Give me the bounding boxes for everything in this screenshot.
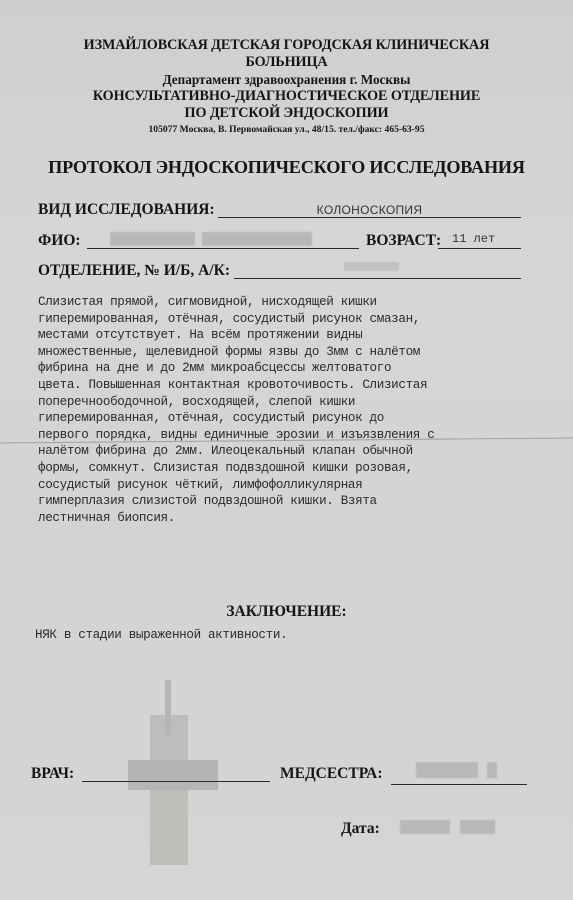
study-type-underline xyxy=(218,217,521,218)
name-label: ФИО: xyxy=(38,232,81,250)
age-value: 11 лет xyxy=(452,232,495,246)
conclusion-text: НЯК в стадии выраженной активности. xyxy=(35,628,287,642)
findings-line: Слизистая прямой, сигмовидной, нисходяще… xyxy=(38,294,538,311)
name-redacted xyxy=(110,232,195,246)
nurse-label: МЕДСЕСТРА: xyxy=(280,765,383,783)
age-underline xyxy=(438,248,521,249)
name-redacted xyxy=(202,232,312,246)
findings-line: лестничная биопсия. xyxy=(38,510,538,527)
doctor-label: ВРАЧ: xyxy=(31,765,74,783)
findings-line: гиперемированная, отёчная, сосудистый ри… xyxy=(38,311,538,328)
name-underline xyxy=(87,248,359,249)
date-redacted xyxy=(400,820,450,834)
conclusion-heading: ЗАКЛЮЧЕНИЕ: xyxy=(0,603,573,621)
document-page: ИЗМАЙЛОВСКАЯ ДЕТСКАЯ ГОРОДСКАЯ КЛИНИЧЕСК… xyxy=(0,0,573,900)
findings-line: налётом фибрина до 2мм. Илеоцекальный кл… xyxy=(38,443,538,460)
findings-line: фибрина на дне и до 2мм микроабсцессы же… xyxy=(38,360,538,377)
nurse-redacted xyxy=(487,762,497,778)
department-redacted xyxy=(344,262,399,271)
signature-redacted xyxy=(150,715,188,865)
study-type-label: ВИД ИССЛЕДОВАНИЯ: xyxy=(38,201,215,219)
date-redacted xyxy=(460,820,495,834)
findings-text: Слизистая прямой, сигмовидной, нисходяще… xyxy=(38,294,538,526)
nurse-redacted xyxy=(416,762,478,778)
findings-line: гимперплазия слизистой подвздошной кишки… xyxy=(38,493,538,510)
department-name: Департамент здравоохранения г. Москвы xyxy=(0,72,573,88)
document-title: ПРОТОКОЛ ЭНДОСКОПИЧЕСКОГО ИССЛЕДОВАНИЯ xyxy=(0,157,573,178)
address-line: 105077 Москва, В. Первомайская ул., 48/1… xyxy=(0,124,573,135)
department-label: ОТДЕЛЕНИЕ, № И/Б, А/К: xyxy=(38,262,230,280)
findings-line: местами отсутствует. На всём протяжении … xyxy=(38,327,538,344)
department-underline xyxy=(234,278,521,279)
hospital-name-line1: ИЗМАЙЛОВСКАЯ ДЕТСКАЯ ГОРОДСКАЯ КЛИНИЧЕСК… xyxy=(0,37,573,54)
date-label: Дата: xyxy=(341,820,380,838)
nurse-underline xyxy=(391,784,527,785)
findings-line: формы, сомкнут. Слизистая подвздошной ки… xyxy=(38,460,538,477)
hospital-name-line2: БОЛЬНИЦА xyxy=(0,54,573,71)
findings-line: поперечноободочной, восходящей, слепой к… xyxy=(38,394,538,411)
doctor-redacted xyxy=(128,760,218,790)
findings-line: цвета. Повышенная контактная кровоточиво… xyxy=(38,377,538,394)
unit-name-line2: ПО ДЕТСКОЙ ЭНДОСКОПИИ xyxy=(0,105,573,122)
findings-line: множественные, щелевидной формы язвы до … xyxy=(38,344,538,361)
doctor-underline xyxy=(82,781,270,782)
findings-line: гиперемированная, отёчная, сосудистый ри… xyxy=(38,410,538,427)
unit-name-line1: КОНСУЛЬТАТИВНО-ДИАГНОСТИЧЕСКОЕ ОТДЕЛЕНИЕ xyxy=(0,88,573,105)
findings-line: сосудистый рисунок чёткий, лимфофолликул… xyxy=(38,477,538,494)
age-label: ВОЗРАСТ: xyxy=(366,232,441,250)
study-type-value: КОЛОНОСКОПИЯ xyxy=(218,203,521,217)
